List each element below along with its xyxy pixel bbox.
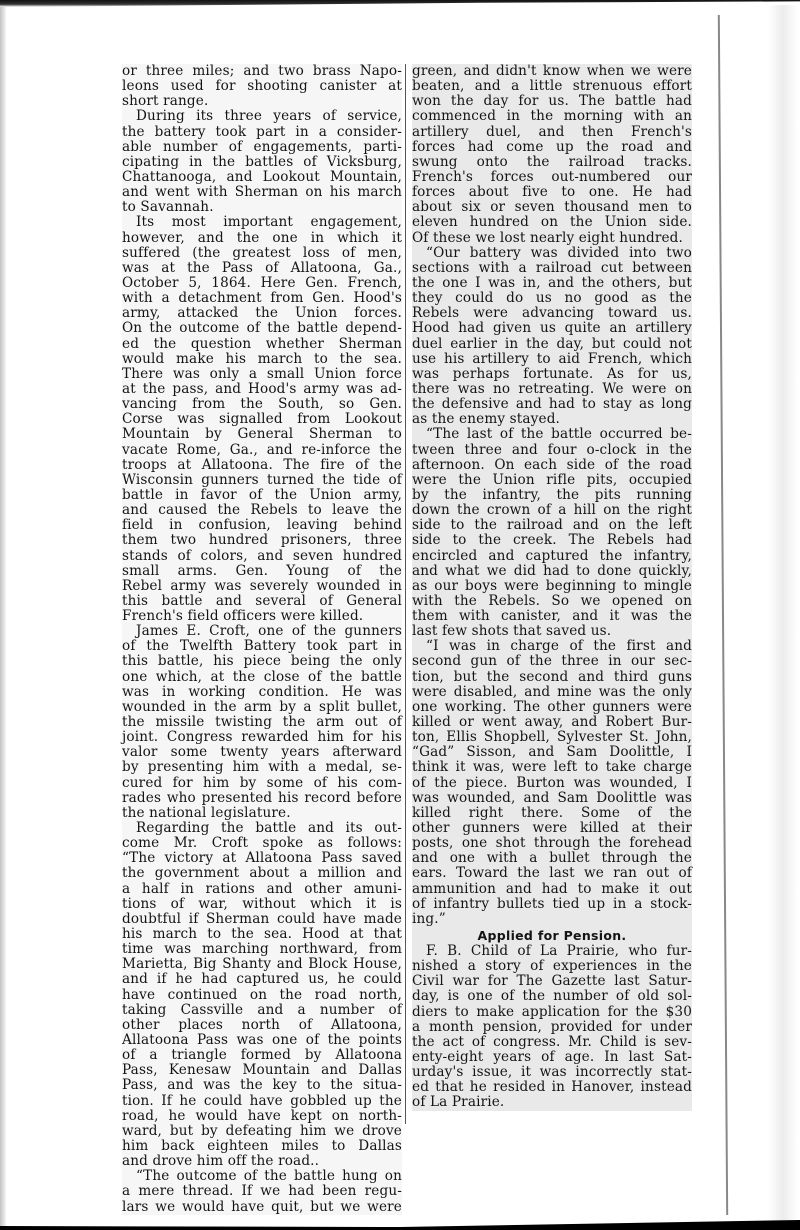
text-line: the missile twisting the arm out of (122, 715, 402, 730)
text-line: tween three and four o-clock in the (412, 443, 692, 458)
text-line: ammunition and had to make it out (412, 882, 692, 897)
text-line: last few shots that saved us. (412, 624, 692, 639)
text-line: James E. Croft, one of the gunners (122, 624, 402, 639)
text-line: Pass, and was the key to the situa- (122, 1078, 402, 1093)
text-line: one which, at the close of the battle (122, 670, 402, 685)
text-line: “Gad” Sisson, and Sam Doolittle, I (412, 745, 692, 760)
text-line: there was no retreating. We were on (412, 382, 692, 397)
text-line: the defensive and had to stay as long (412, 397, 692, 412)
text-line: were the Union rifle pits, occupied (412, 473, 692, 488)
text-line: Rebels were advancing toward us. (412, 306, 692, 321)
text-line: Corse was signalled from Lookout (122, 412, 402, 427)
text-line: cipating in the battles of Vicksburg, (122, 155, 402, 170)
text-line: ears. Toward the last we ran out of (412, 866, 692, 881)
text-line: ed the question whether Sherman (122, 337, 402, 352)
column-rule (405, 64, 406, 1124)
text-line: the government about a million and (122, 866, 402, 881)
text-line: Marietta, Big Shanty and Block House, (122, 957, 402, 972)
text-line: the national legislature. (122, 806, 402, 821)
text-line: wounded in the arm by a split bullet, (122, 700, 402, 715)
text-line: ed that he resided in Hanover, instead (412, 1080, 692, 1095)
text-line: tion, but the second and third guns (412, 670, 692, 685)
text-line: Its most important engagement, (122, 215, 402, 230)
text-line: side to the railroad and on the left (412, 518, 692, 533)
text-line: by presenting him with a medal, se- (122, 760, 402, 775)
text-line: rades who presented his record before (122, 791, 402, 806)
text-line: vancing from the South, so Gen. (122, 397, 402, 412)
text-line: field in confusion, leaving behind (122, 518, 402, 533)
article-continuation: green, and didn't know when we werebeate… (412, 64, 692, 927)
text-line: have continued on the road north, (122, 988, 402, 1003)
text-line: of La Prairie. (412, 1095, 692, 1110)
text-line: think it was, were left to take charge (412, 760, 692, 775)
text-line: afternoon. On each side of the road (412, 458, 692, 473)
text-line: French's field officers were killed. (122, 609, 402, 624)
scan-bottom-edge (0, 1220, 800, 1230)
text-line: ton, Ellis Shopbell, Sylvester St. John, (412, 730, 692, 745)
text-line: at the pass, and Hood's army was ad- (122, 382, 402, 397)
text-line: artillery duel, and then French's (412, 125, 692, 140)
text-line: leons used for shooting canister at (122, 79, 402, 94)
text-line: day, is one of the number of old sol- (412, 989, 692, 1004)
text-line: Allatoona Pass was one of the points (122, 1033, 402, 1048)
text-line: able number of engagements, parti- (122, 140, 402, 155)
text-line: swung onto the railroad tracks. (412, 155, 692, 170)
text-line: to Savannah. (122, 200, 402, 215)
text-line: forces had come up the road and (412, 140, 692, 155)
text-line: this battle, his piece being the only (122, 654, 402, 669)
text-line: battle in favor of the Union army, (122, 488, 402, 503)
text-line: killed right there. Some of the (412, 806, 692, 821)
text-line: stands of colors, and seven hundred (122, 549, 402, 564)
text-line: a month pension, provided for under (412, 1020, 692, 1035)
text-line: other gunners were killed at their (412, 821, 692, 836)
text-line: duel earlier in the day, but could not (412, 337, 692, 352)
text-line: enty-eight years of age. In last Sat- (412, 1050, 692, 1065)
text-line: tions of war, without which it is (122, 897, 402, 912)
text-line: There was only a small Union force (122, 367, 402, 382)
text-line: eleven hundred on the Union side. (412, 215, 692, 230)
pension-article: F. B. Child of La Prairie, who fur-nishe… (412, 944, 692, 1111)
text-line: was in working condition. He was (122, 685, 402, 700)
text-line: use his artillery to aid French, which (412, 352, 692, 367)
text-line: During its three years of service, (122, 109, 402, 124)
text-line: ward, but by defeating him we drove (122, 1124, 402, 1139)
text-line: however, and the one in which it (122, 231, 402, 246)
text-line: second gun of the three in our sec- (412, 654, 692, 669)
text-line: road, he would have kept on north- (122, 1109, 402, 1124)
text-line: diers to make application for the $30 (412, 1005, 692, 1020)
text-line: him back eighteen miles to Dallas (122, 1139, 402, 1154)
text-line: the one I was in, and the others, but (412, 276, 692, 291)
text-line: and what we did had to done quickly, (412, 564, 692, 579)
text-line: “Our battery was divided into two (412, 246, 692, 261)
text-line: were disabled, and mine was the only (412, 685, 692, 700)
text-line: valor some twenty years afterward (122, 745, 402, 760)
text-line: Civil war for The Gazette last Satur- (412, 974, 692, 989)
text-line: troops at Allatoona. The fire of the (122, 458, 402, 473)
text-line: come Mr. Croft spoke as follows: (122, 836, 402, 851)
scan-left-edge (0, 0, 6, 1230)
text-line: of the Twelfth Battery took part in (122, 639, 402, 654)
subhead-applied-for-pension: Applied for Pension. (412, 927, 692, 944)
text-line: Of these we lost nearly eight hundred. (412, 231, 692, 246)
text-line: them with canister, and it was the (412, 609, 692, 624)
text-line: of the piece. Burton was wounded, I (412, 776, 692, 791)
text-line: a mere thread. If we had been regu- (122, 1184, 402, 1199)
text-line: urday's issue, it was incorrectly stat- (412, 1065, 692, 1080)
right-column: green, and didn't know when we werebeate… (412, 64, 692, 1111)
text-line: as the enemy stayed. (412, 412, 692, 427)
text-line: suffered (the greatest loss of men, (122, 246, 402, 261)
text-line: time was marching northward, from (122, 942, 402, 957)
text-line: short range. (122, 94, 402, 109)
text-line: Rebel army was severely wounded in (122, 579, 402, 594)
text-line: won the day for us. The battle had (412, 94, 692, 109)
scan-top-edge (0, 0, 800, 7)
text-line: or three miles; and two brass Napo- (122, 64, 402, 79)
text-line: about six or seven thousand men to (412, 200, 692, 215)
text-line: killed or went away, and Robert Bur- (412, 715, 692, 730)
text-line: them two hundred prisoners, three (122, 533, 402, 548)
text-line: of a triangle formed by Allatoona (122, 1048, 402, 1063)
text-line: encircled and captured the infantry, (412, 549, 692, 564)
text-line: was perhaps fortunate. As for us, (412, 367, 692, 382)
text-line: of infantry bullets tied up in a stock- (412, 897, 692, 912)
text-line: lars we would have quit, but we were (122, 1200, 402, 1215)
text-line: was wounded, and Sam Doolittle was (412, 791, 692, 806)
text-line: with the Rebels. So we opened on (412, 594, 692, 609)
text-line: ing.” (412, 912, 692, 927)
text-line: October 5, 1864. Here Gen. French, (122, 276, 402, 291)
text-line: other places north of Allatoona, (122, 1018, 402, 1033)
text-line: commenced in the morning with an (412, 109, 692, 124)
text-line: by the infantry, the pits running (412, 488, 692, 503)
text-line: and one with a bullet through the (412, 851, 692, 866)
text-line: and if he had captured us, he could (122, 972, 402, 987)
text-line: as our boys were beginning to mingle (412, 579, 692, 594)
text-line: forces about five to one. He had (412, 185, 692, 200)
text-line: down the crown of a hill on the right (412, 503, 692, 518)
text-line: On the outcome of the battle depend- (122, 321, 402, 336)
text-line: Chattanooga, and Lookout Mountain, (122, 170, 402, 185)
text-line: would make his march to the sea. (122, 352, 402, 367)
scan-right-margin (768, 5, 798, 1225)
text-line: tion. If he could have gobbled up the (122, 1094, 402, 1109)
text-line: small arms. Gen. Young of the (122, 564, 402, 579)
left-column: or three miles; and two brass Napo-leons… (122, 64, 402, 1215)
text-line: was at the Pass of Allatoona, Ga., (122, 261, 402, 276)
text-line: joint. Congress rewarded him for his (122, 730, 402, 745)
text-line: Regarding the battle and its out- (122, 821, 402, 836)
text-line: with a detachment from Gen. Hood's (122, 291, 402, 306)
text-line: the act of congress. Mr. Child is sev- (412, 1035, 692, 1050)
text-line: beaten, and a little strenuous effort (412, 79, 692, 94)
text-line: army, attacked the Union forces. (122, 306, 402, 321)
text-line: the battery took part in a consider- (122, 125, 402, 140)
text-line: and caused the Rebels to leave the (122, 503, 402, 518)
text-line: Hood had given us quite an artillery (412, 321, 692, 336)
text-line: this battle and several of General (122, 594, 402, 609)
text-line: nished a story of experiences in the (412, 959, 692, 974)
text-line: cured for him by some of his com- (122, 776, 402, 791)
text-line: “I was in charge of the first and (412, 639, 692, 654)
text-line: taking Cassville and a number of (122, 1003, 402, 1018)
text-line: green, and didn't know when we were (412, 64, 692, 79)
text-line: Wisconsin gunners turned the tide of (122, 473, 402, 488)
text-line: F. B. Child of La Prairie, who fur- (412, 944, 692, 959)
text-line: side to the creek. The Rebels had (412, 533, 692, 548)
text-line: “The victory at Allatoona Pass saved (122, 851, 402, 866)
text-line: and drove him off the road.. (122, 1154, 402, 1169)
text-line: vacate Rome, Ga., and re-inforce the (122, 443, 402, 458)
text-line: a half in rations and other amuni- (122, 882, 402, 897)
text-line: French's forces out-numbered our (412, 170, 692, 185)
text-line: “The last of the battle occurred be- (412, 427, 692, 442)
text-line: they could do us no good as the (412, 291, 692, 306)
text-line: and went with Sherman on his march (122, 185, 402, 200)
scan-fold-line (718, 15, 728, 1215)
text-line: Mountain by General Sherman to (122, 427, 402, 442)
text-line: posts, one shot through the forehead (412, 836, 692, 851)
text-line: sections with a railroad cut between (412, 261, 692, 276)
text-line: one working. The other gunners were (412, 700, 692, 715)
text-line: his march to the sea. Hood at that (122, 927, 402, 942)
text-line: Pass, Kenesaw Mountain and Dallas (122, 1063, 402, 1078)
text-line: “The outcome of the battle hung on (122, 1169, 402, 1184)
text-line: doubtful if Sherman could have made (122, 912, 402, 927)
